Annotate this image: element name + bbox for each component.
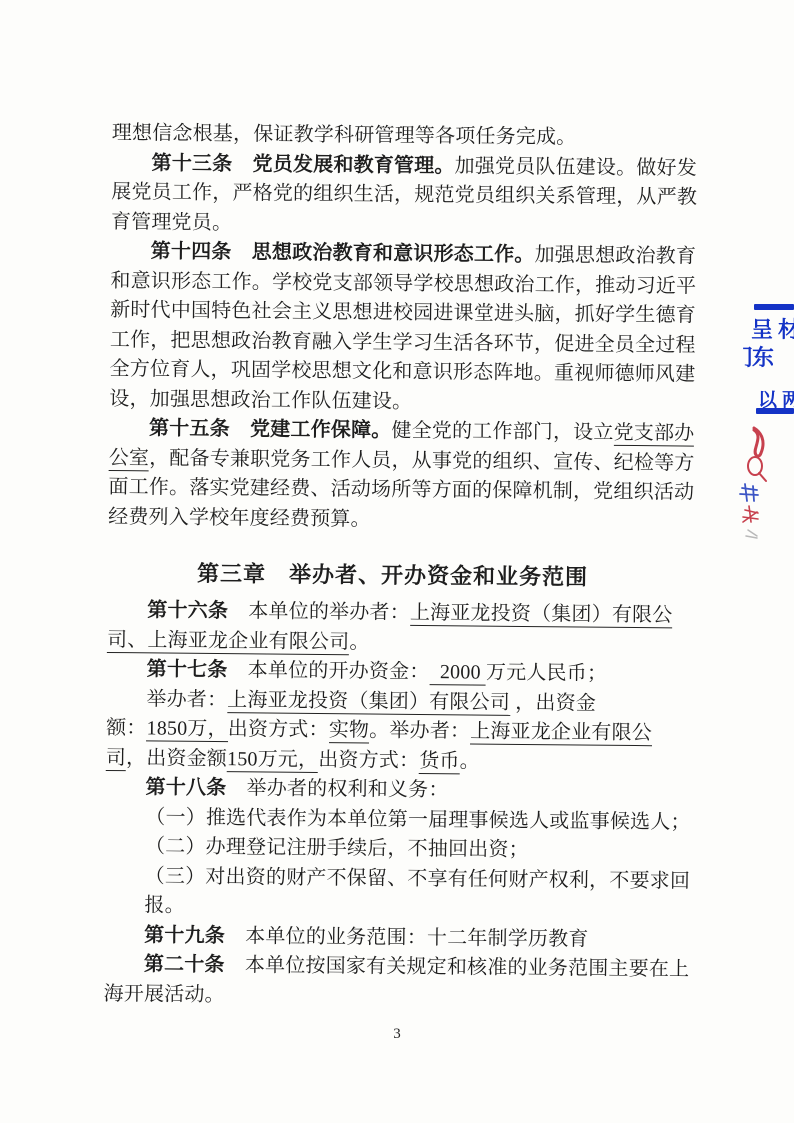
text-line: （二）办理登记注册手续后，不抽回出资； xyxy=(105,832,675,867)
text-line: （三）对出资的财产不保留、不享有任何财产权利，不要求回 xyxy=(105,861,675,896)
text-line: 第十七条 本单位的开办资金： 2000 万元人民币； xyxy=(107,655,677,690)
text-line: 第十六条 本单位的举办者：上海亚龙投资（集团）有限公 xyxy=(107,596,677,631)
text-line: 面工作。落实党建经费、活动场所等方面的保障机制，党组织活动 xyxy=(108,473,678,508)
text-segment: 实物 xyxy=(329,719,370,743)
stamp-char-partial: 门 xyxy=(731,341,753,372)
text-segment: （一）推选代表作为本单位第一届理事候选人或监事候选人； xyxy=(145,806,691,833)
page-number: 3 xyxy=(0,1026,794,1043)
text-segment: 货币 xyxy=(419,749,460,773)
text-segment: ，配备专兼职党务工作人员，从事党的组织、宣传、纪检等方 xyxy=(149,447,695,474)
text-segment: 额： xyxy=(106,717,147,739)
text-segment: 本单位的业务范围：十二年制学历教育 xyxy=(225,925,589,950)
text-segment xyxy=(230,418,250,440)
text-line: 额：1850万，出资方式：实物。举办者：上海亚龙企业有限公 xyxy=(106,714,676,749)
red-q-tail xyxy=(759,473,766,481)
text-segment: 第十八条 xyxy=(145,776,226,799)
stamp-char: 东 xyxy=(752,341,774,372)
text-segment: 面工作。落实党建经费、活动场所等方面的保障机制，党组织活动 xyxy=(108,476,694,504)
text-segment: 司、上海亚龙企业有限公司 xyxy=(107,628,350,654)
text-segment: （二）办理登记注册手续后，不抽回出资； xyxy=(145,835,529,861)
text-segment: 第三章 举办者、开办资金和业务范围 xyxy=(197,561,588,590)
text-segment: 经费列入学校年度经费预算。 xyxy=(108,505,371,530)
text-segment: 。举办者： xyxy=(369,719,470,742)
text-segment: 上海亚龙投资（集团）有限公 xyxy=(410,602,673,629)
stamp-char-partial: 材 xyxy=(778,313,794,344)
text-segment: 万元人民币； xyxy=(486,662,607,685)
text-segment: 工作，把思想政治教育融入学生学习生活各环节，促进全员全过程 xyxy=(110,328,696,356)
text-segment: 150万元， xyxy=(227,748,318,773)
text-segment: 育管理党员。 xyxy=(111,210,232,233)
text-segment: 出资方式： xyxy=(228,718,329,741)
red-scribble-icon xyxy=(743,506,758,522)
text-segment: 举办者的权利和义务： xyxy=(226,777,448,801)
text-line: 海开展活动。 xyxy=(103,979,673,1014)
text-line: 全方位育人，巩固学校思想文化和意识形态阵地。重视师德师风建 xyxy=(109,355,679,390)
text-segment: 司 xyxy=(106,746,126,770)
red-q-mark-icon xyxy=(748,457,762,475)
text-segment: 第十七条 xyxy=(147,658,228,681)
stamp-border-top xyxy=(754,304,794,310)
text-segment: 理想信念根基，保证教学科研管理等各项任务完成。 xyxy=(112,122,577,148)
text-line: 经费列入学校年度经费预算。 xyxy=(108,502,678,537)
faint-scribble-icon xyxy=(746,530,757,538)
text-segment: 第十五条 xyxy=(149,417,230,440)
text-segment: 党建工作保障。 xyxy=(250,418,392,441)
text-line: 第十四条 思想政治教育和意识形态工作。加强思想政治教育 xyxy=(111,237,681,272)
text-segment: 本单位按国家有关规定和核准的业务范围主要在上 xyxy=(225,954,690,980)
text-segment: 。 xyxy=(349,631,369,653)
text-segment: 第二十条 xyxy=(144,953,225,976)
text-segment: 和意识形态工作。学校党支部领导学校思想政治工作，推动习近平 xyxy=(110,269,696,297)
text-segment: 第十六条 xyxy=(147,599,228,622)
text-segment: ，出资金额 xyxy=(126,747,227,770)
text-segment: 1850万， xyxy=(146,717,227,742)
text-segment: 加强党员队伍建设。做好发 xyxy=(454,155,697,179)
text-segment: 展党员工作，严格党的组织生活，规范党员组织关系管理，从严教 xyxy=(111,181,697,209)
scanned-document-page: 理想信念根基，保证教学科研管理等各项任务完成。第十三条 党员发展和教育管理。加强… xyxy=(0,0,794,1123)
text-segment: 报。 xyxy=(144,894,185,916)
text-line: 第二十条 本单位按国家有关规定和核准的业务范围主要在上 xyxy=(104,950,674,985)
text-segment: 本单位的举办者： xyxy=(228,600,410,624)
text-segment: 党支部办 xyxy=(614,422,695,447)
text-line: 第十五条 党建工作保障。健全党的工作部门，设立党支部办 xyxy=(109,414,679,449)
text-segment: 上海亚龙投资（集团）有限公司 xyxy=(227,689,510,716)
text-segment xyxy=(232,153,252,175)
text-segment: 第十四条 xyxy=(151,240,232,263)
text-segment: 第十九条 xyxy=(144,924,225,947)
text-line: 第十八条 举办者的权利和义务： xyxy=(105,773,675,808)
text-line: 新时代中国特色社会主义思想进校园进课堂进头脑，抓好学生德育 xyxy=(110,296,680,331)
text-segment: 设，加强思想政治工作队伍建设。 xyxy=(109,387,412,412)
blue-handwritten-char-icon xyxy=(740,484,758,501)
document-text: 理想信念根基，保证教学科研管理等各项任务完成。第十三条 党员发展和教育管理。加强… xyxy=(103,119,682,1014)
handwritten-marks xyxy=(718,422,794,542)
text-segment: ，出资金 xyxy=(510,691,596,714)
chapter-heading: 第三章 举办者、开办资金和业务范围 xyxy=(107,558,677,593)
text-segment: 思想政治教育和意识形态工作。 xyxy=(252,241,535,266)
text-segment: 出资方式： xyxy=(318,749,419,772)
text-segment: 海开展活动。 xyxy=(103,982,224,1005)
text-segment: 第十三条 xyxy=(151,152,232,175)
text-segment: 党员发展和教育管理。 xyxy=(252,153,454,177)
text-line: 理想信念根基，保证教学科研管理等各项任务完成。 xyxy=(112,119,682,154)
text-segment: 加强思想政治教育 xyxy=(534,244,696,268)
stamp-char: 呈 xyxy=(751,313,773,344)
stamp-border-bottom xyxy=(756,408,794,414)
text-segment: （三）对出资的财产不保留、不享有任何财产权利，不要求回 xyxy=(145,865,691,892)
text-segment: 举办者： xyxy=(146,688,227,711)
text-line: 展党员工作，严格党的组织生活，规范党员组织关系管理，从严教 xyxy=(111,178,681,213)
red-pen-stroke-icon xyxy=(754,428,763,456)
text-segment: 全方位育人，巩固学校思想文化和意识形态阵地。重视师德师风建 xyxy=(109,358,695,386)
text-segment: 。 xyxy=(460,750,480,772)
text-segment: 2000 xyxy=(429,661,486,686)
text-segment xyxy=(231,241,251,263)
text-segment: 本单位的开办资金： xyxy=(227,659,429,683)
text-segment: 上海亚龙企业有限公 xyxy=(470,720,652,746)
text-segment: 健全党的工作部门，设立 xyxy=(391,420,613,444)
text-segment: 新时代中国特色社会主义思想进校园进课堂进头脑，抓好学生德育 xyxy=(110,299,696,327)
text-segment: 公室 xyxy=(109,446,150,470)
